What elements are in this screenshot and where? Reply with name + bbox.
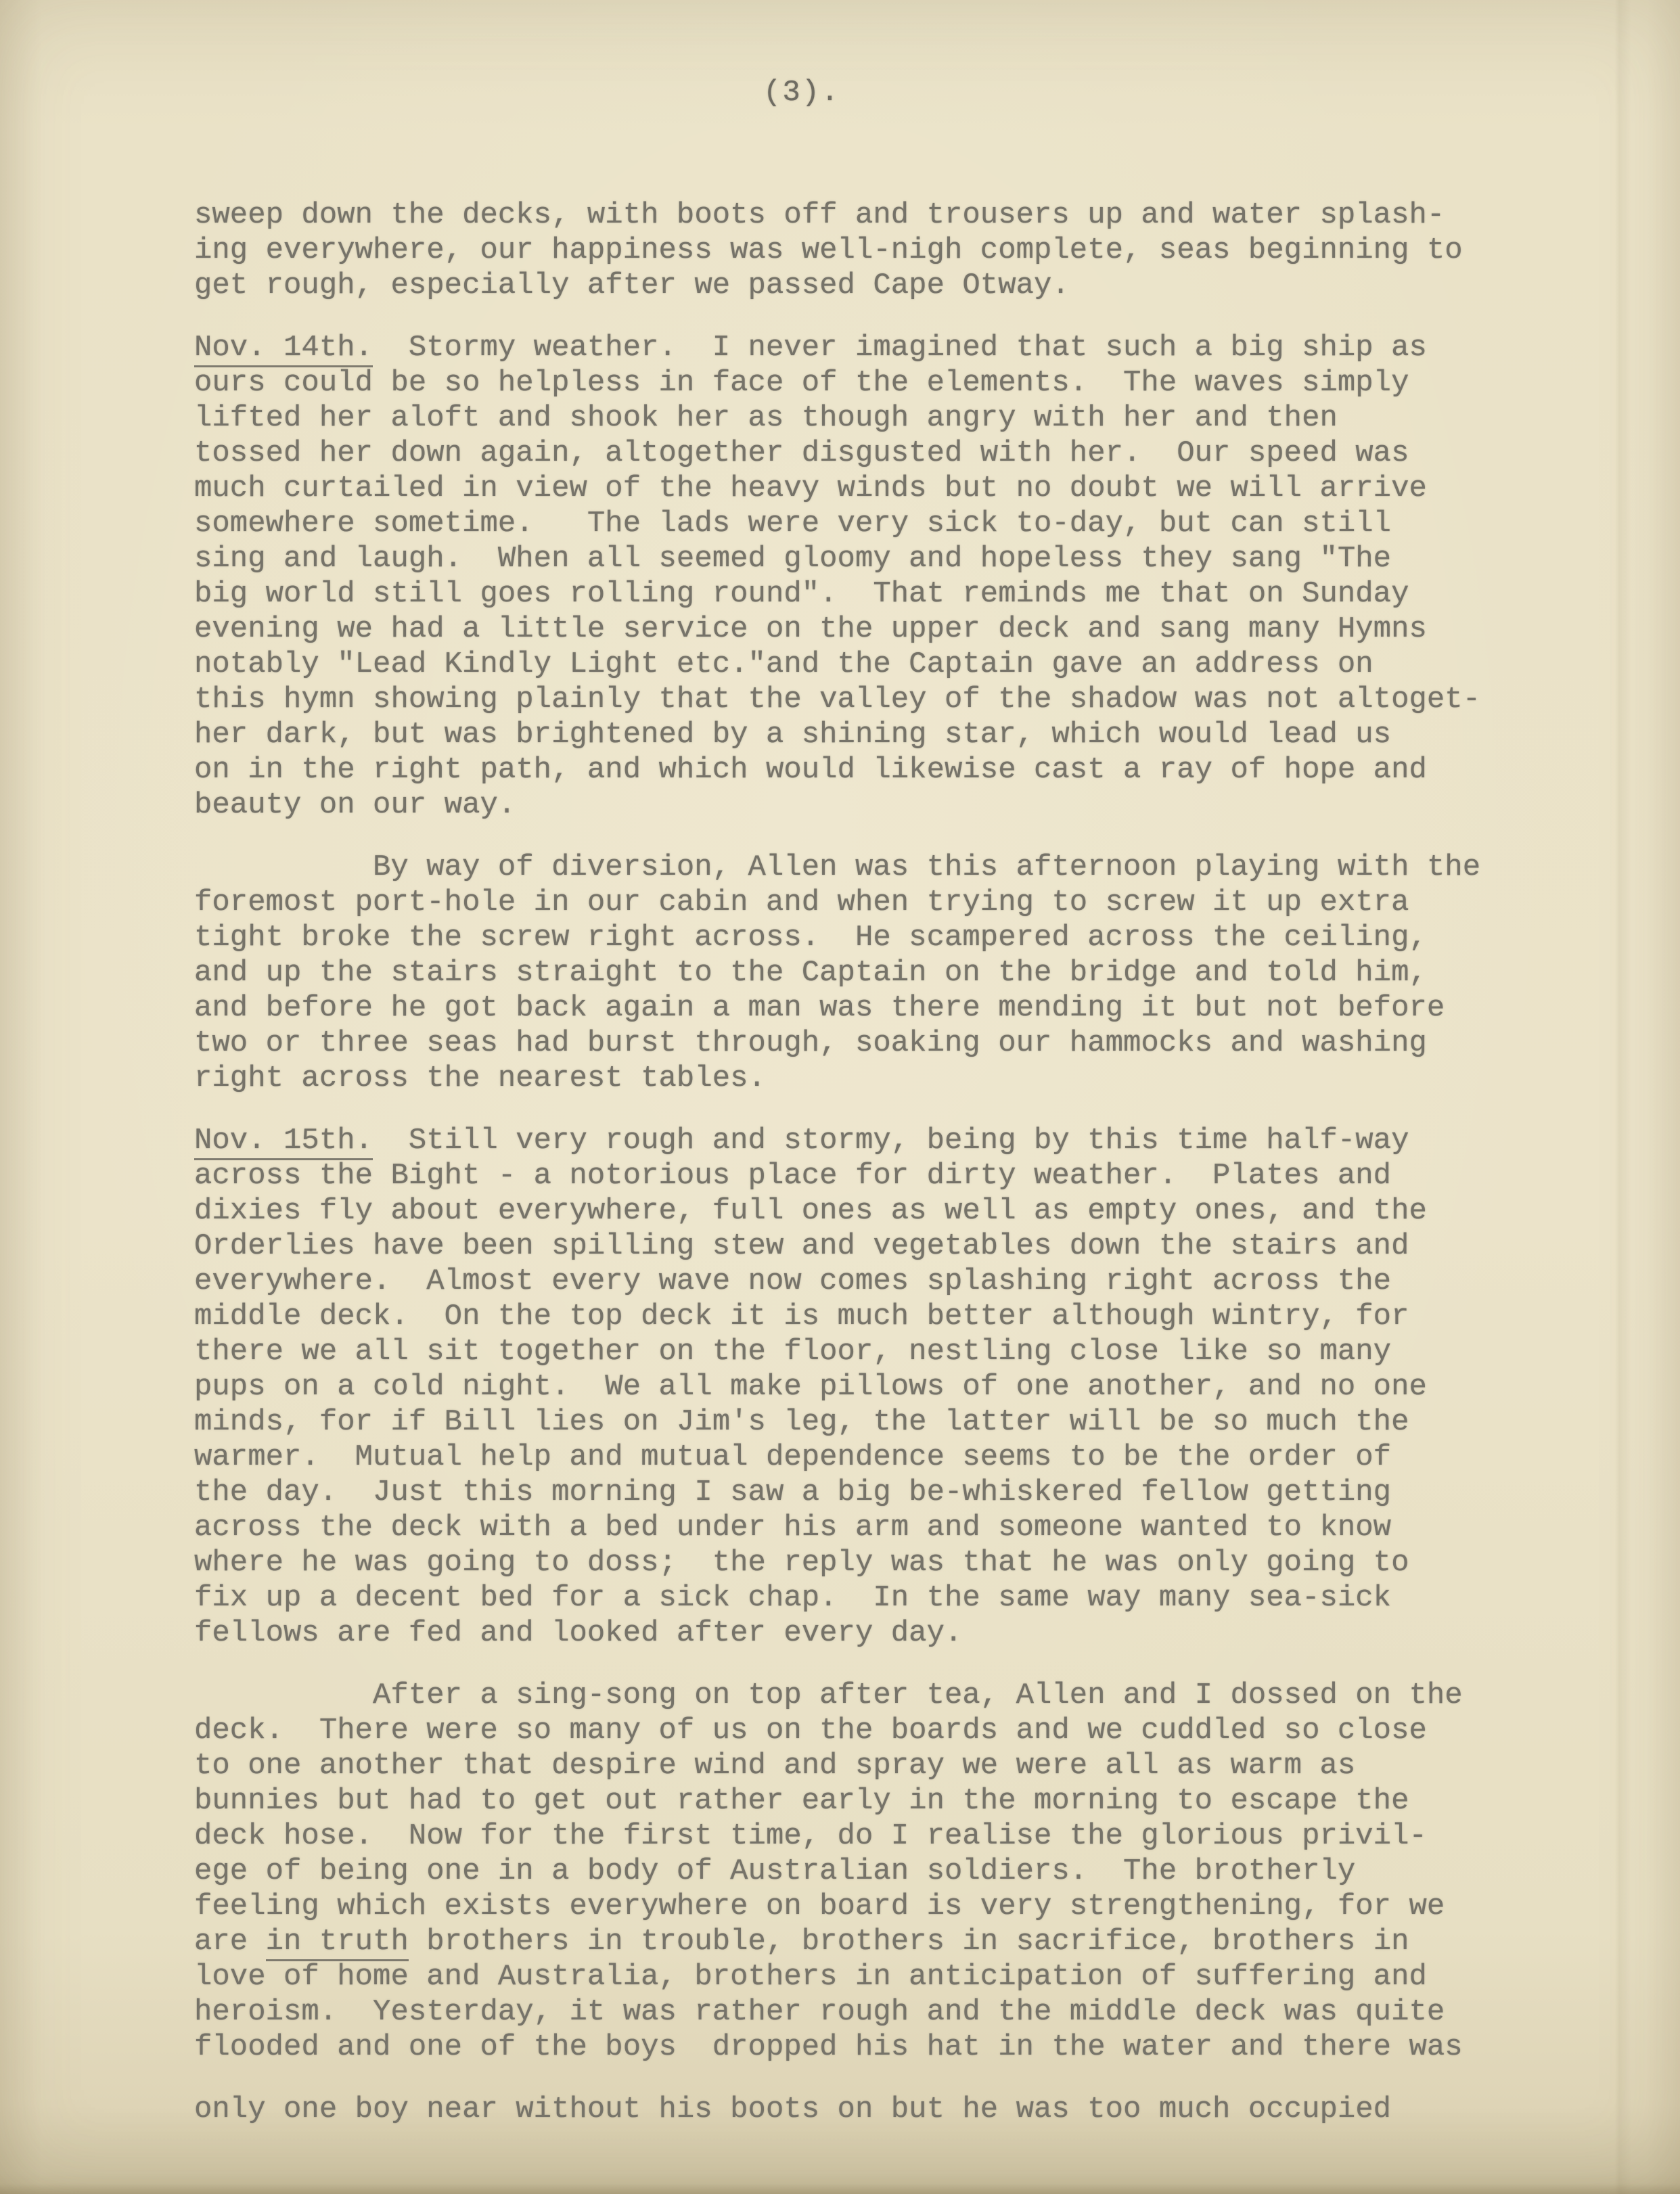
text-segment: sweep down the decks, with boots off and… xyxy=(194,198,1463,302)
para-diversion: By way of diversion, Allen was this afte… xyxy=(194,850,1622,1096)
date-nov-15: Nov. 15th. xyxy=(194,1124,373,1160)
document-page: (3). sweep down the decks, with boots of… xyxy=(0,0,1680,2194)
text-segment: only one boy near without his boots on b… xyxy=(194,2093,1391,2126)
text-segment: After a sing-song on top after tea, Alle… xyxy=(194,1678,1463,1959)
para-sing-song: After a sing-song on top after tea, Alle… xyxy=(194,1678,1622,2065)
date-nov-14: Nov. 14th. xyxy=(194,331,373,367)
page-number: (3). xyxy=(763,76,840,110)
text-segment: Still very rough and stormy, being by th… xyxy=(194,1124,1427,1650)
para-nov-14: Nov. 14th. Stormy weather. I never imagi… xyxy=(194,330,1622,823)
document-body: sweep down the decks, with boots off and… xyxy=(194,198,1622,2127)
para-nov-15: Nov. 15th. Still very rough and stormy, … xyxy=(194,1123,1622,1651)
para-continuation: sweep down the decks, with boots off and… xyxy=(194,198,1622,303)
para-final-line: only one boy near without his boots on b… xyxy=(194,2092,1622,2127)
emphasis-in-truth: in truth xyxy=(266,1925,409,1961)
text-segment: By way of diversion, Allen was this afte… xyxy=(194,850,1480,1095)
text-segment: Stormy weather. I never imagined that su… xyxy=(194,331,1480,822)
